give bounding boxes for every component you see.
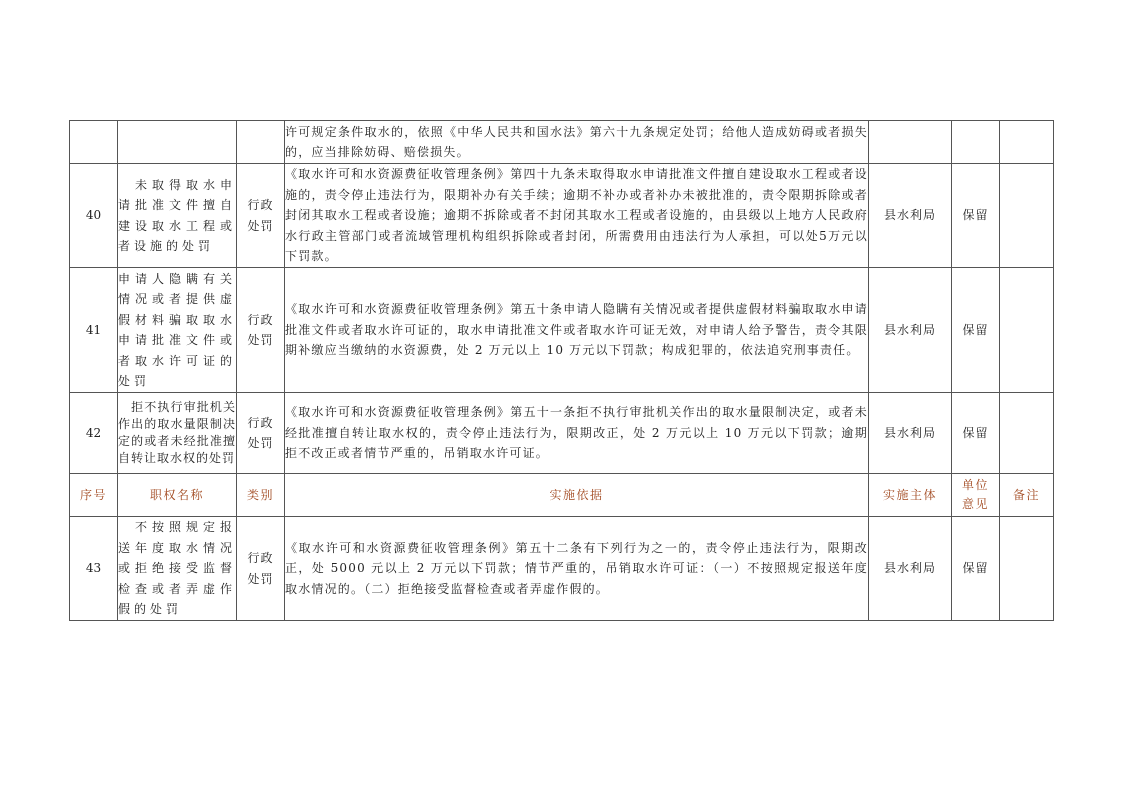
cell-opinion: 保留 [952, 164, 1000, 268]
cell-no: 40 [70, 164, 118, 268]
cell-name: 未取得取水申请批准文件擅自建设取水工程或者设施的处罚 [118, 164, 237, 268]
cell-type: 行政 处罚 [237, 393, 285, 474]
cell-opinion: 保留 [952, 393, 1000, 474]
header-note: 备注 [1000, 474, 1054, 517]
cell-subject: 县水利局 [869, 164, 952, 268]
powers-table: 许可规定条件取水的，依照《中华人民共和国水法》第六十九条规定处罚；给他人造成妨碍… [69, 120, 1054, 621]
table-row: 41 申请人隐瞒有关情况或者提供虚假材料骗取取水申请批准文件或者取水许可证的处罚… [70, 268, 1054, 393]
cell-note [1000, 268, 1054, 393]
cell-basis: 《取水许可和水资源费征收管理条例》第五十条申请人隐瞒有关情况或者提供虚假材料骗取… [285, 268, 869, 393]
cell-note [1000, 393, 1054, 474]
cell-note [1000, 164, 1054, 268]
cell-opinion [952, 121, 1000, 164]
cell-basis: 《取水许可和水资源费征收管理条例》第五十一条拒不执行审批机关作出的取水量限制决定… [285, 393, 869, 474]
cell-opinion: 保留 [952, 517, 1000, 621]
cell-subject: 县水利局 [869, 517, 952, 621]
header-no: 序号 [70, 474, 118, 517]
type-line-1: 行政 [237, 310, 284, 331]
cell-no: 41 [70, 268, 118, 393]
cell-type: 行政 处罚 [237, 268, 285, 393]
cell-subject: 县水利局 [869, 268, 952, 393]
cell-basis: 许可规定条件取水的，依照《中华人民共和国水法》第六十九条规定处罚；给他人造成妨碍… [285, 121, 869, 164]
header-basis: 实施依据 [285, 474, 869, 517]
cell-basis: 《取水许可和水资源费征收管理条例》第四十九条未取得取水申请批准文件擅自建设取水工… [285, 164, 869, 268]
header-opinion-line-1: 单位 [952, 476, 999, 495]
cell-name [118, 121, 237, 164]
cell-no: 43 [70, 517, 118, 621]
cell-no [70, 121, 118, 164]
type-line-1: 行政 [237, 413, 284, 434]
type-line-2: 处罚 [237, 433, 284, 454]
type-line-2: 处罚 [237, 330, 284, 351]
type-line-2: 处罚 [237, 216, 284, 237]
cell-name: 申请人隐瞒有关情况或者提供虚假材料骗取取水申请批准文件或者取水许可证的处罚 [118, 268, 237, 393]
cell-subject [869, 121, 952, 164]
table-row: 43 不按照规定报送年度取水情况或拒绝接受监督检查或者弄虚作假的处罚 行政 处罚… [70, 517, 1054, 621]
cell-note [1000, 121, 1054, 164]
header-opinion: 单位 意见 [952, 474, 1000, 517]
table-row: 42 拒不执行审批机关作出的取水量限制决定的或者未经批准擅自转让取水权的处罚 行… [70, 393, 1054, 474]
table-row: 40 未取得取水申请批准文件擅自建设取水工程或者设施的处罚 行政 处罚 《取水许… [70, 164, 1054, 268]
header-name: 职权名称 [118, 474, 237, 517]
cell-type: 行政 处罚 [237, 517, 285, 621]
cell-type: 行政 处罚 [237, 164, 285, 268]
cell-note [1000, 517, 1054, 621]
table-header-row: 序号 职权名称 类别 实施依据 实施主体 单位 意见 备注 [70, 474, 1054, 517]
header-type: 类别 [237, 474, 285, 517]
type-line-2: 处罚 [237, 569, 284, 590]
header-subject: 实施主体 [869, 474, 952, 517]
cell-name: 不按照规定报送年度取水情况或拒绝接受监督检查或者弄虚作假的处罚 [118, 517, 237, 621]
type-line-1: 行政 [237, 195, 284, 216]
type-line-1: 行政 [237, 548, 284, 569]
cell-basis: 《取水许可和水资源费征收管理条例》第五十二条有下列行为之一的，责令停止违法行为，… [285, 517, 869, 621]
table-row-continuation: 许可规定条件取水的，依照《中华人民共和国水法》第六十九条规定处罚；给他人造成妨碍… [70, 121, 1054, 164]
cell-name: 拒不执行审批机关作出的取水量限制决定的或者未经批准擅自转让取水权的处罚 [118, 393, 237, 474]
cell-type [237, 121, 285, 164]
cell-opinion: 保留 [952, 268, 1000, 393]
header-opinion-line-2: 意见 [952, 495, 999, 514]
cell-no: 42 [70, 393, 118, 474]
cell-subject: 县水利局 [869, 393, 952, 474]
